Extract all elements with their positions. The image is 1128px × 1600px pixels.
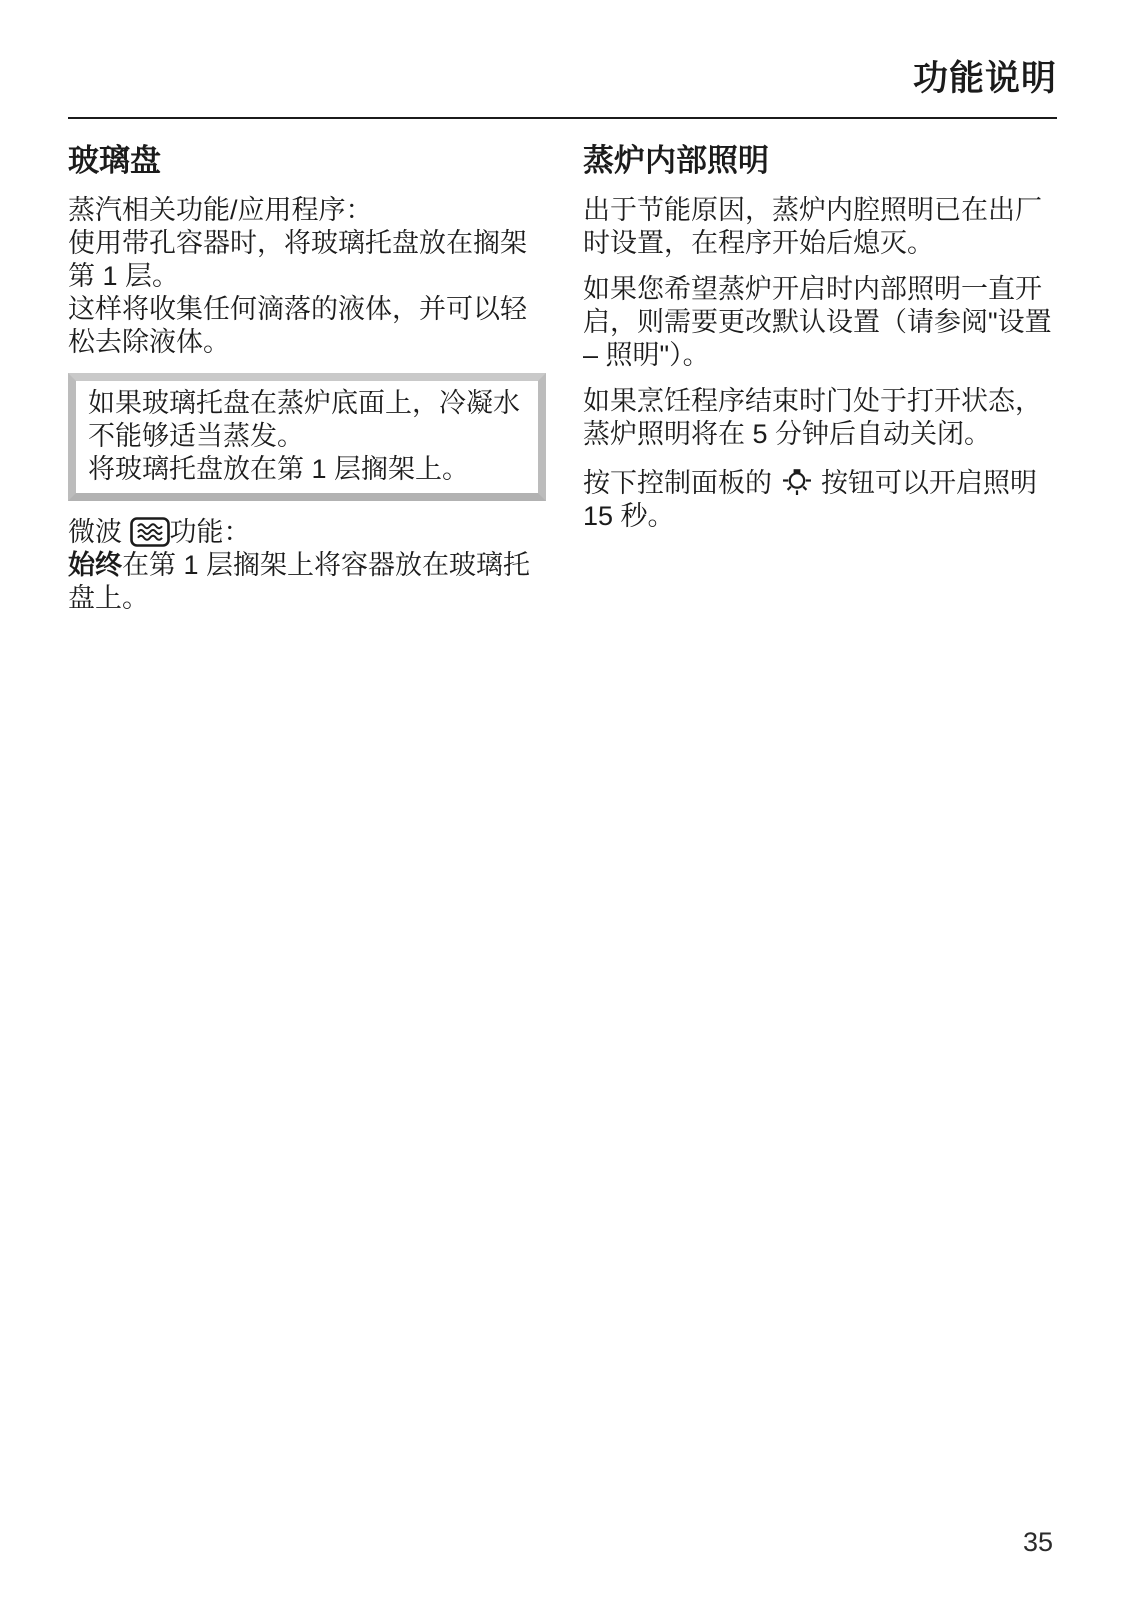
lighting-button-prefix: 按下控制面板的 (583, 468, 780, 498)
lighting-paragraph-2: 如果您希望蒸炉开启时内部照明一直开 启，则需要更改默认设置（请参阅"设置 – 照… (583, 273, 1057, 372)
lighting-button-paragraph: 按下控制面板的 按钮可以开启照明 15 秒。 (583, 464, 1057, 533)
microwave-paragraph: 微波 功能： 始终在第 1 层搁架上将容器放在玻璃托 盘上。 (68, 516, 546, 615)
microwave-instruction-text: 在第 1 层搁架上将容器放在玻璃托 盘上。 (68, 550, 530, 613)
glass-tray-intro-paragraph: 蒸汽相关功能/应用程序： 使用带孔容器时，将玻璃托盘放在搁架 第 1 层。 这样… (68, 194, 546, 359)
light-icon (780, 464, 814, 498)
page-number: 35 (1023, 1526, 1053, 1559)
left-column: 玻璃盘 蒸汽相关功能/应用程序： 使用带孔容器时，将玻璃托盘放在搁架 第 1 层… (68, 142, 546, 628)
page-title: 功能说明 (913, 58, 1057, 100)
microwave-label-suffix: 功能： (170, 517, 251, 547)
content-columns: 玻璃盘 蒸汽相关功能/应用程序： 使用带孔容器时，将玻璃托盘放在搁架 第 1 层… (68, 142, 1057, 628)
manual-page: 功能说明 玻璃盘 蒸汽相关功能/应用程序： 使用带孔容器时，将玻璃托盘放在搁架 … (0, 0, 1128, 1600)
note-box: 如果玻璃托盘在蒸炉底面上，冷凝水 不能够适当蒸发。 将玻璃托盘放在第 1 层搁架… (68, 373, 546, 501)
note-text: 如果玻璃托盘在蒸炉底面上，冷凝水 不能够适当蒸发。 将玻璃托盘放在第 1 层搁架… (88, 387, 526, 486)
lighting-paragraph-1: 出于节能原因，蒸炉内腔照明已在出厂 时设置，在程序开始后熄灭。 (583, 194, 1057, 260)
microwave-bold-word: 始终 (68, 550, 122, 580)
header-divider (68, 117, 1057, 119)
lighting-paragraph-3: 如果烹饪程序结束时门处于打开状态， 蒸炉照明将在 5 分钟后自动关闭。 (583, 385, 1057, 451)
right-column: 蒸炉内部照明 出于节能原因，蒸炉内腔照明已在出厂 时设置，在程序开始后熄灭。 如… (583, 142, 1057, 628)
microwave-label-prefix: 微波 (68, 517, 130, 547)
microwave-function-icon (130, 517, 170, 547)
section-heading-glass-tray: 玻璃盘 (68, 142, 546, 180)
section-heading-interior-lighting: 蒸炉内部照明 (583, 142, 1057, 180)
